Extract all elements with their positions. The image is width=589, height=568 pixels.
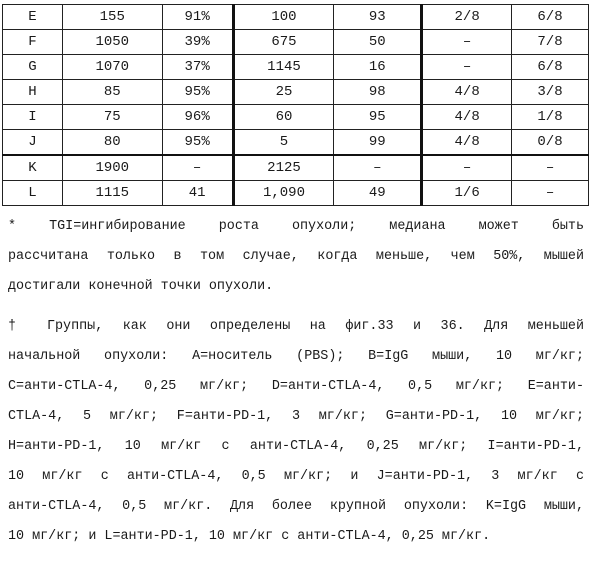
table-cell: 2125 — [233, 155, 334, 181]
table-cell: 1,090 — [233, 181, 334, 206]
table-cell: 91% — [162, 5, 233, 30]
table-cell: – — [422, 55, 512, 80]
table-cell: 6/8 — [512, 55, 589, 80]
group-cell: J — [3, 130, 63, 156]
table-cell: 25 — [233, 80, 334, 105]
table-cell: 6/8 — [512, 5, 589, 30]
table-cell: 85 — [62, 80, 162, 105]
results-table: E15591%100932/86/8F105039%67550–7/8G1070… — [2, 4, 589, 206]
group-cell: L — [3, 181, 63, 206]
group-cell: G — [3, 55, 63, 80]
table-cell: – — [512, 155, 589, 181]
table-cell: 98 — [334, 80, 422, 105]
table-cell: 99 — [334, 130, 422, 156]
table-cell: 60 — [233, 105, 334, 130]
table-cell: 1/6 — [422, 181, 512, 206]
group-cell: E — [3, 5, 63, 30]
table-cell: 3/8 — [512, 80, 589, 105]
group-cell: I — [3, 105, 63, 130]
table-cell: 675 — [233, 30, 334, 55]
group-cell: H — [3, 80, 63, 105]
table-cell: – — [422, 30, 512, 55]
table-cell: 0/8 — [512, 130, 589, 156]
footnote-line: 10 мг/кг; и L=анти-PD-1, 10 мг/кг с анти… — [8, 522, 584, 552]
table-cell: – — [334, 155, 422, 181]
table-cell: – — [512, 181, 589, 206]
groups-footnote: † Группы, как они определены на фиг.33 и… — [8, 312, 584, 552]
table-cell: 95% — [162, 80, 233, 105]
footnote-line: 10 мг/кг с анти-CTLA-4, 0,5 мг/кг; и J=а… — [8, 462, 584, 492]
table-cell: 100 — [233, 5, 334, 30]
table-cell: – — [162, 155, 233, 181]
table-cell: 4/8 — [422, 80, 512, 105]
table-row: F105039%67550–7/8 — [3, 30, 589, 55]
table-cell: 39% — [162, 30, 233, 55]
table-cell: 95% — [162, 130, 233, 156]
table-cell: 16 — [334, 55, 422, 80]
table-row: K1900–2125––– — [3, 155, 589, 181]
table-cell: 1145 — [233, 55, 334, 80]
table-cell: 5 — [233, 130, 334, 156]
table-cell: 93 — [334, 5, 422, 30]
table-cell: 4/8 — [422, 130, 512, 156]
table-row: H8595%25984/83/8 — [3, 80, 589, 105]
table-cell: 7/8 — [512, 30, 589, 55]
footnote-line: CTLA-4, 5 мг/кг; F=анти-PD-1, 3 мг/кг; G… — [8, 402, 584, 432]
group-cell: K — [3, 155, 63, 181]
table-cell: 4/8 — [422, 105, 512, 130]
table-row: J8095%5994/80/8 — [3, 130, 589, 156]
table-row: E15591%100932/86/8 — [3, 5, 589, 30]
table-cell: 96% — [162, 105, 233, 130]
tgi-footnote: * TGI=ингибирование роста опухоли; медиа… — [8, 212, 584, 302]
table-cell: 1900 — [62, 155, 162, 181]
table-cell: 155 — [62, 5, 162, 30]
footnote-line: рассчитана только в том случае, когда ме… — [8, 242, 584, 272]
table-cell: 2/8 — [422, 5, 512, 30]
footnote-line: H=анти-PD-1, 10 мг/кг с анти-CTLA-4, 0,2… — [8, 432, 584, 462]
group-cell: F — [3, 30, 63, 55]
table-cell: – — [422, 155, 512, 181]
table-cell: 41 — [162, 181, 233, 206]
footnotes: * TGI=ингибирование роста опухоли; медиа… — [8, 212, 584, 552]
table-cell: 50 — [334, 30, 422, 55]
footnote-line: † Группы, как они определены на фиг.33 и… — [8, 312, 584, 342]
footnote-line: начальной опухоли: A=носитель (PBS); B=I… — [8, 342, 584, 372]
table-cell: 75 — [62, 105, 162, 130]
table-cell: 1050 — [62, 30, 162, 55]
table-cell: 1070 — [62, 55, 162, 80]
table-cell: 1/8 — [512, 105, 589, 130]
table-row: L1115411,090491/6– — [3, 181, 589, 206]
footnote-line: анти-CTLA-4, 0,5 мг/кг. Для более крупно… — [8, 492, 584, 522]
table-cell: 80 — [62, 130, 162, 156]
table-cell: 37% — [162, 55, 233, 80]
footnote-line: достигали конечной точки опухоли. — [8, 272, 584, 302]
footnote-line: C=анти-CTLA-4, 0,25 мг/кг; D=анти-CTLA-4… — [8, 372, 584, 402]
table-cell: 49 — [334, 181, 422, 206]
footnote-line: * TGI=ингибирование роста опухоли; медиа… — [8, 212, 584, 242]
table-cell: 95 — [334, 105, 422, 130]
table-row: G107037%114516–6/8 — [3, 55, 589, 80]
table-row: I7596%60954/81/8 — [3, 105, 589, 130]
table-cell: 1115 — [62, 181, 162, 206]
